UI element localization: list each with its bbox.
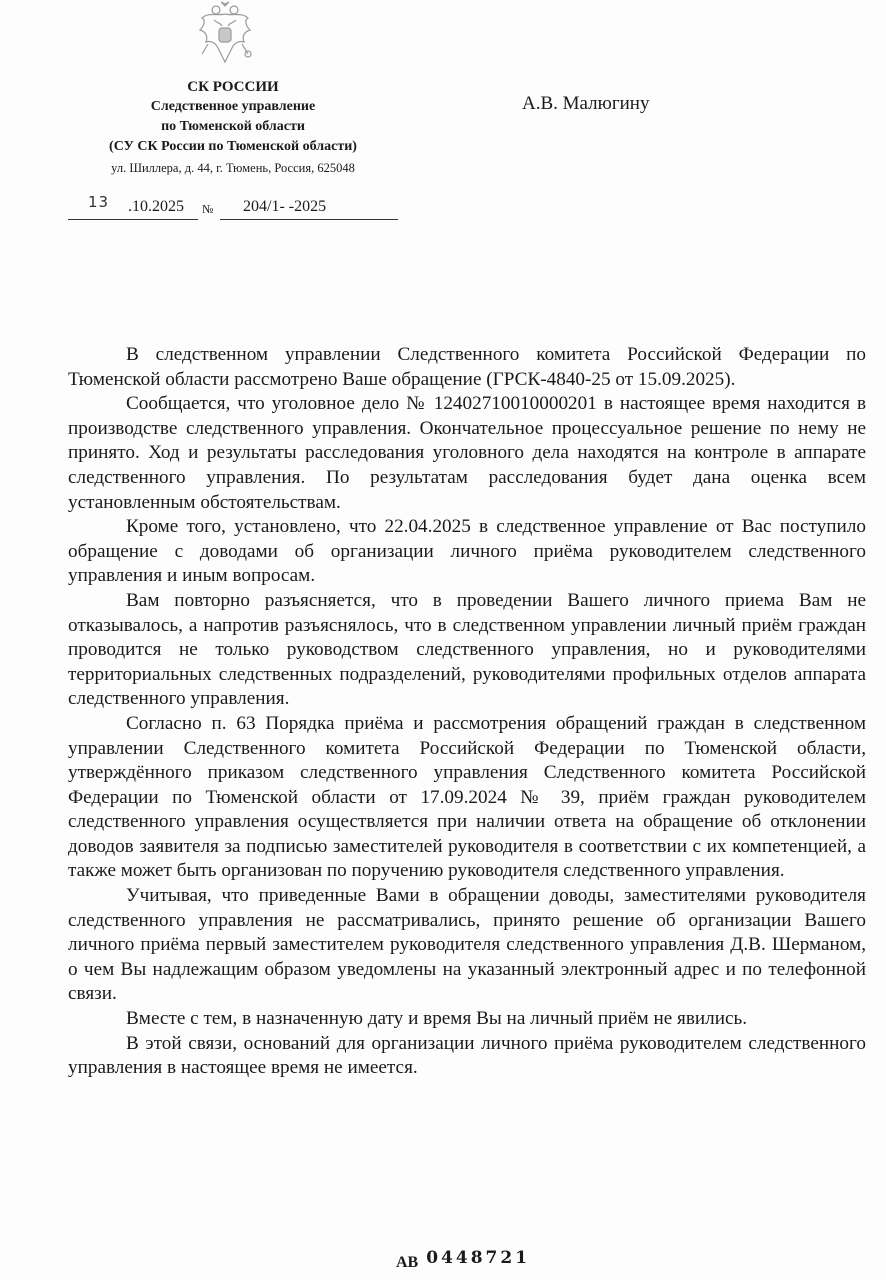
registration-date: .10.2025	[128, 198, 184, 216]
agency-name: СК РОССИИ	[68, 77, 398, 97]
paragraph: В этой связи, оснований для организации …	[68, 1032, 866, 1081]
paragraph: Кроме того, установлено, что 22.04.2025 …	[68, 515, 866, 589]
paragraph: Сообщается, что уголовное дело № 1240271…	[68, 392, 866, 515]
paragraph: Вам повторно разъясняется, что в проведе…	[68, 589, 866, 712]
letter-body: В следственном управлении Следственного …	[68, 343, 866, 1081]
department-line-1: Следственное управление	[68, 97, 398, 117]
letterhead: СК РОССИИ Следственное управление по Тюм…	[68, 77, 398, 178]
coat-of-arms-icon	[196, 0, 254, 68]
form-series: АВ	[396, 1254, 418, 1271]
department-abbreviation: (СУ СК России по Тюменской области)	[68, 137, 398, 157]
paragraph: Согласно п. 63 Порядка приёма и рассмотр…	[68, 712, 866, 884]
number-sign: №	[202, 202, 213, 217]
number-underline	[220, 219, 398, 220]
registration-line: 13 .10.2025 № 204/1- -2025	[68, 196, 398, 222]
paragraph: В следственном управлении Следственного …	[68, 343, 866, 392]
department-line-2: по Тюменской области	[68, 117, 398, 137]
form-serial-number: 0448721	[426, 1248, 530, 1268]
addressee: А.В. Малюгину	[522, 93, 649, 115]
handwritten-day: 13	[88, 193, 109, 211]
registration-number: 204/1- -2025	[243, 198, 326, 216]
paragraph: Вместе с тем, в назначенную дату и время…	[68, 1007, 866, 1032]
form-serial: АВ0448721	[396, 1252, 530, 1272]
date-underline	[68, 219, 198, 220]
document-page: СК РОССИИ Следственное управление по Тюм…	[0, 0, 886, 1280]
paragraph: Учитывая, что приведенные Вами в обращен…	[68, 884, 866, 1007]
agency-address: ул. Шиллера, д. 44, г. Тюмень, Россия, 6…	[68, 158, 398, 178]
